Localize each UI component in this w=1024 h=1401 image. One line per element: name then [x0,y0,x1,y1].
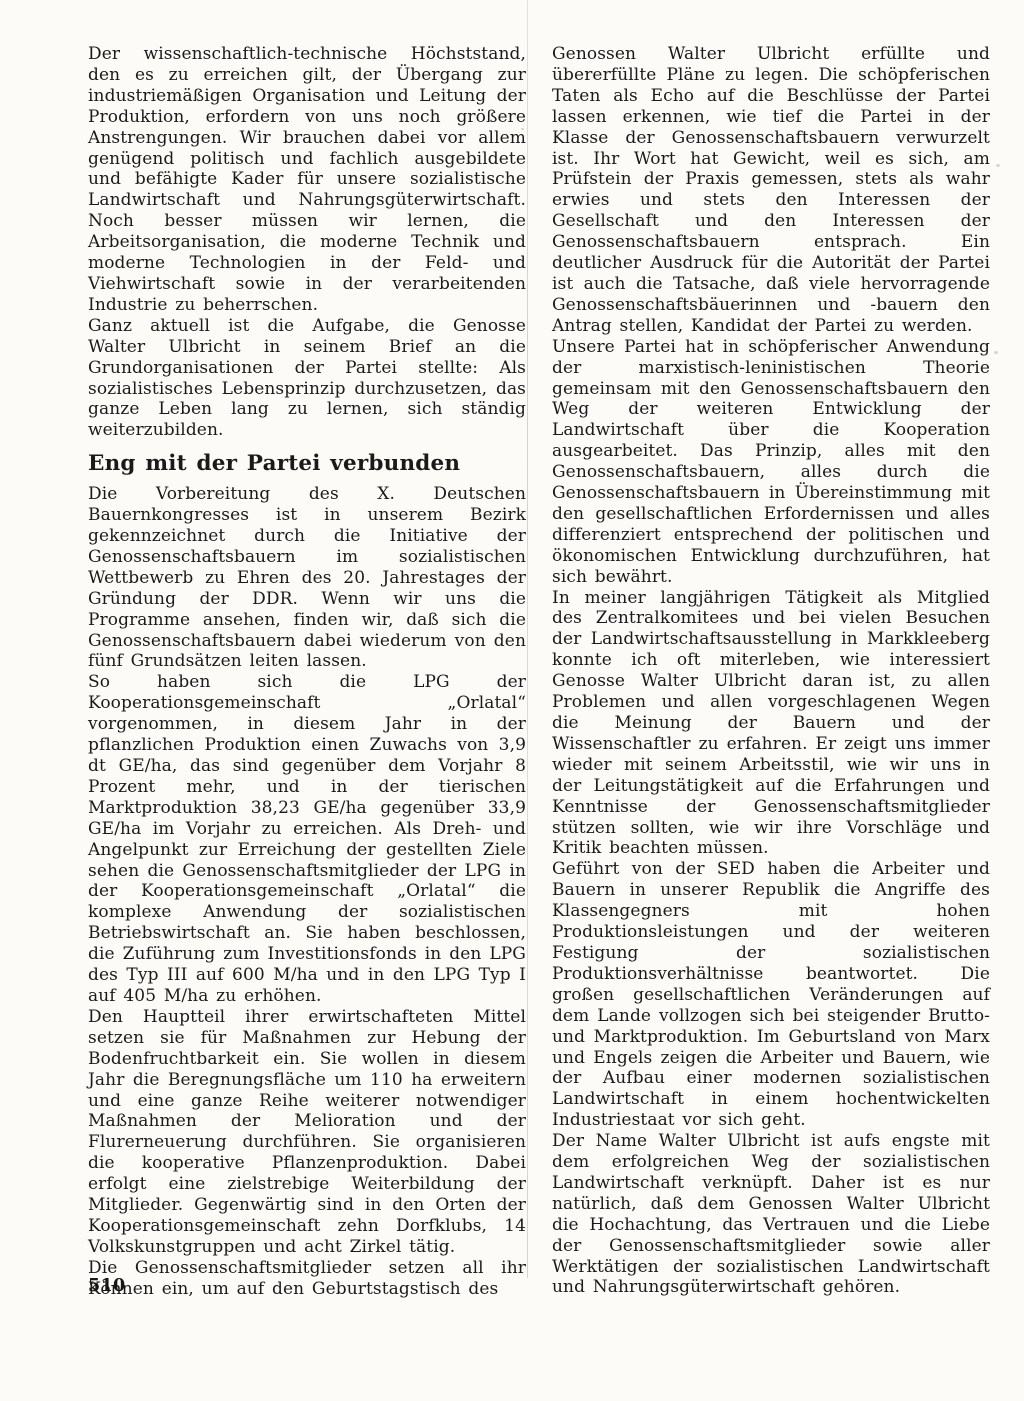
page-number: 510 [88,1276,125,1296]
body-paragraph: Der wissenschaftlich-technische Höchstst… [88,44,526,316]
body-paragraph: Der Name Walter Ulbricht ist aufs engste… [552,1131,990,1298]
right-column: Genossen Walter Ulbricht erfüllte und üb… [552,44,990,1300]
body-paragraph: So haben sich die LPG der Kooperationsge… [88,672,526,1007]
body-paragraph: In meiner langjährigen Tätigkeit als Mit… [552,588,990,860]
body-paragraph: Unsere Partei hat in schöpferischer Anwe… [552,337,990,588]
two-column-text-area: Der wissenschaftlich-technische Höchstst… [88,44,990,1300]
body-paragraph: Die Genossenschaftsmitglieder setzen all… [88,1258,526,1300]
body-paragraph: Geführt von der SED haben die Arbeiter u… [552,859,990,1131]
scan-speck [994,351,998,354]
body-paragraph: Die Vorbereitung des X. Deutschen Bauern… [88,484,526,672]
scan-speck [996,164,1000,167]
body-paragraph: Ganz aktuell ist die Aufgabe, die Genoss… [88,316,526,441]
left-column: Der wissenschaftlich-technische Höchstst… [88,44,526,1300]
section-heading: Eng mit der Partei verbunden [88,451,526,477]
body-paragraph: Den Hauptteil ihrer erwirtschafteten Mit… [88,1007,526,1258]
body-paragraph: Genossen Walter Ulbricht erfüllte und üb… [552,44,990,337]
scanned-document-page: Der wissenschaftlich-technische Höchstst… [0,0,1024,1401]
